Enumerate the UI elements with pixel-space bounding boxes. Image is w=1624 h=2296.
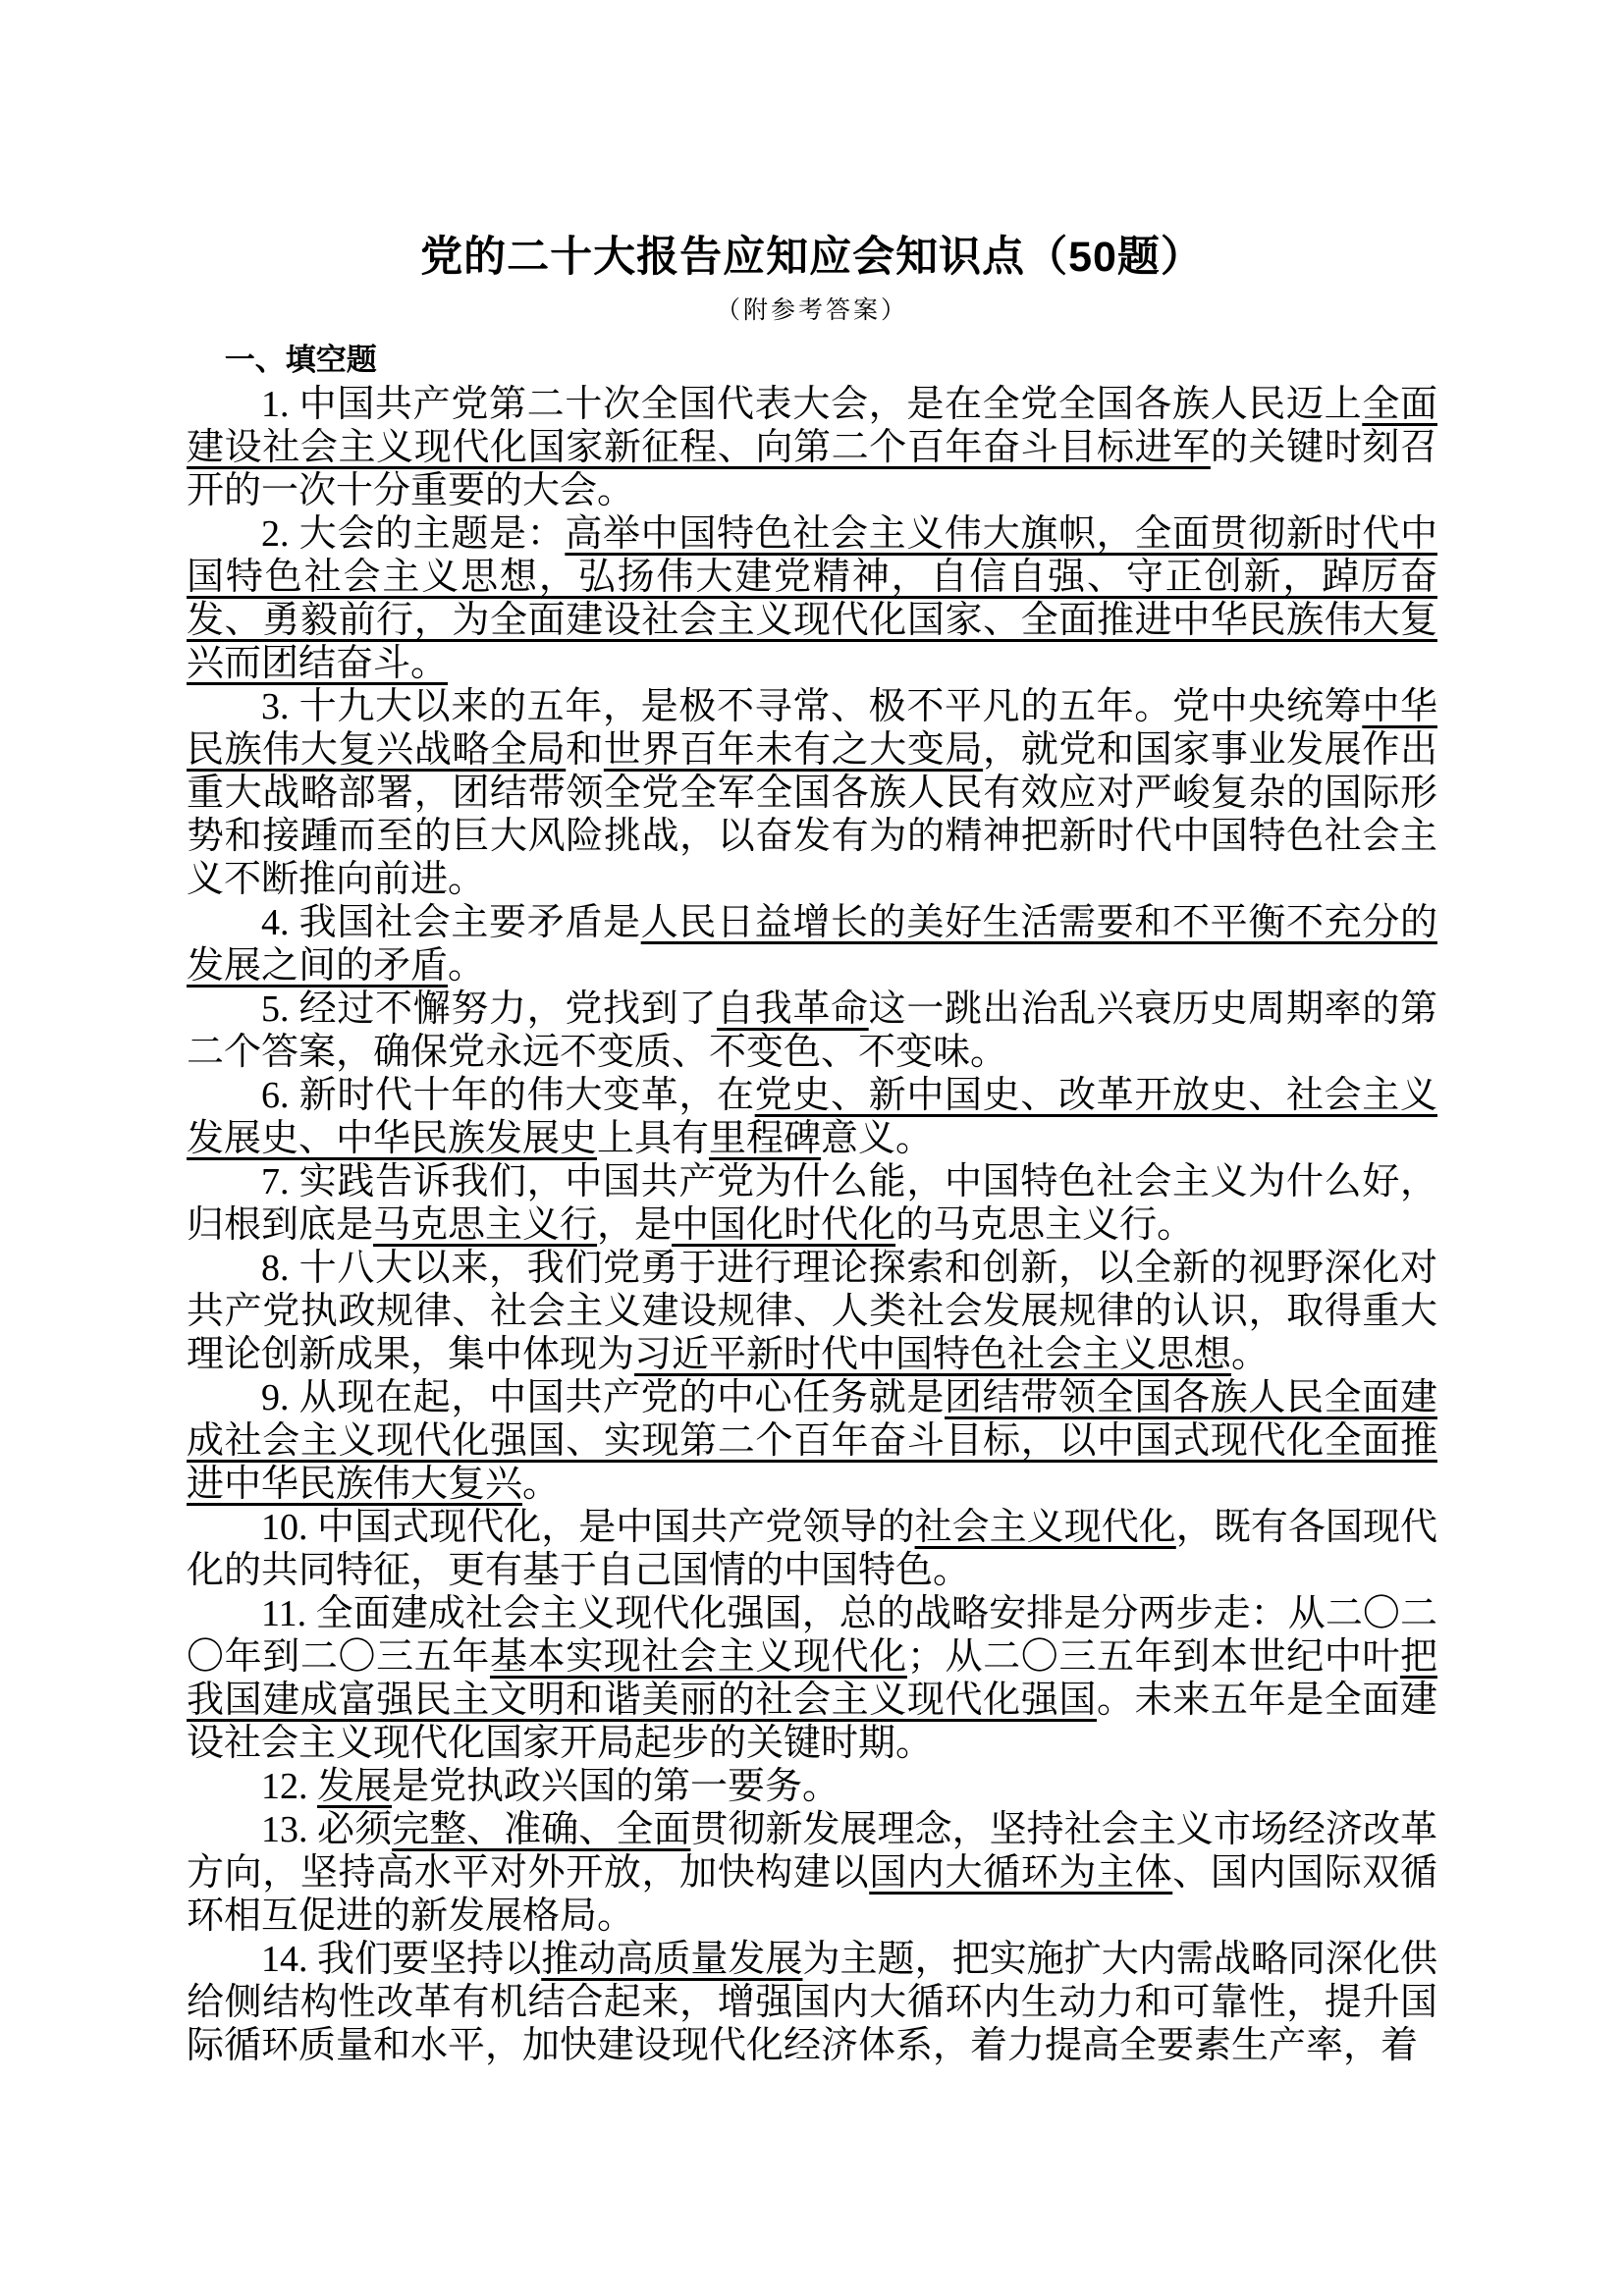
answer-blank-text: 世界百年未有之大变局 bbox=[604, 729, 983, 771]
question-item-10: 10. 中国式现代化，是中国共产党领导的社会主义现代化，既有各国现代化的共同特征… bbox=[187, 1506, 1437, 1592]
answer-blank-text: 推动高质量发展 bbox=[541, 1939, 802, 1980]
question-item-3: 3. 十九大以来的五年，是极不寻常、极不平凡的五年。党中央统筹中华民族伟大复兴战… bbox=[187, 685, 1437, 901]
answer-blank-text: 中国化时代化 bbox=[672, 1204, 895, 1246]
document-title: 党的二十大报告应知应会知识点（50题） bbox=[187, 232, 1437, 283]
question-text: 12. bbox=[261, 1766, 317, 1807]
question-item-13: 13. 必须完整、准确、全面贯彻新发展理念，坚持社会主义市场经济改革方向，坚持高… bbox=[187, 1808, 1437, 1938]
question-list: 1. 中国共产党第二十次全国代表大会，是在全党全国各族人民迈上全面建设社会主义现… bbox=[187, 383, 1437, 2067]
question-item-12: 12. 发展是党执政兴国的第一要务。 bbox=[187, 1765, 1437, 1808]
question-text: 2. 大会的主题是： bbox=[261, 513, 565, 555]
question-item-14: 14. 我们要坚持以推动高质量发展为主题，把实施扩大内需战略同深化供给侧结构性改… bbox=[187, 1938, 1437, 2067]
answer-blank-text: 基本实现社会主义现代化 bbox=[490, 1636, 907, 1678]
question-item-2: 2. 大会的主题是：高举中国特色社会主义伟大旗帜，全面贯彻新时代中国特色社会主义… bbox=[187, 512, 1437, 685]
question-item-9: 9. 从现在起，中国共产党的中心任务就是团结带领全国各族人民全面建成社会主义现代… bbox=[187, 1376, 1437, 1506]
question-text: 是党执政兴国的第一要务。 bbox=[392, 1766, 839, 1807]
question-item-8: 8. 十八大以来，我们党勇于进行理论探索和创新，以全新的视野深化对共产党执政规律… bbox=[187, 1247, 1437, 1376]
question-text: 。 bbox=[448, 945, 485, 987]
answer-blank-text: 国内大循环为主体 bbox=[869, 1852, 1172, 1894]
question-text: 10. 中国式现代化，是中国共产党领导的 bbox=[261, 1507, 915, 1548]
question-text: 的马克思主义行。 bbox=[895, 1204, 1194, 1246]
section-heading-fill-in-blanks: 一、填空题 bbox=[187, 340, 1437, 381]
question-text: 13. 必须 bbox=[261, 1809, 392, 1850]
question-text: 4. 我国社会主要矛盾是 bbox=[261, 902, 641, 943]
answer-blank-text: 习近平新时代中国特色社会主义思想 bbox=[634, 1334, 1231, 1375]
question-text: ，是 bbox=[597, 1204, 672, 1246]
question-item-6: 6. 新时代十年的伟大变革，在党史、新中国史、改革开放史、社会主义发展史、中华民… bbox=[187, 1074, 1437, 1160]
question-item-1: 1. 中国共产党第二十次全国代表大会，是在全党全国各族人民迈上全面建设社会主义现… bbox=[187, 383, 1437, 512]
question-text: 和 bbox=[566, 729, 604, 771]
question-item-11: 11. 全面建成社会主义现代化强国，总的战略安排是分两步走：从二〇二〇年到二〇三… bbox=[187, 1592, 1437, 1765]
question-text: 3. 十九大以来的五年，是极不寻常、极不平凡的五年。党中央统筹 bbox=[261, 686, 1362, 727]
question-text: 。 bbox=[522, 1464, 560, 1505]
answer-blank-text: 社会主义现代化 bbox=[915, 1507, 1176, 1548]
question-text: 意义。 bbox=[821, 1118, 933, 1159]
answer-blank-text: 发展 bbox=[317, 1766, 392, 1807]
question-text: 。 bbox=[1231, 1334, 1269, 1375]
question-text: 6. 新时代十年的伟大变革，在 bbox=[261, 1075, 755, 1116]
document-page: 党的二十大报告应知应会知识点（50题） （附参考答案） 一、填空题 1. 中国共… bbox=[0, 0, 1624, 2296]
question-item-7: 7. 实践告诉我们，中国共产党为什么能，中国特色社会主义为什么好，归根到底是马克… bbox=[187, 1160, 1437, 1247]
question-text: 9. 从现在起，中国共产党的中心任务就是 bbox=[261, 1377, 945, 1418]
question-item-4: 4. 我国社会主要矛盾是人民日益增长的美好生活需要和不平衡不充分的发展之间的矛盾… bbox=[187, 901, 1437, 988]
question-text: ；从二〇三五年到本世纪中叶 bbox=[907, 1636, 1400, 1678]
answer-blank-text: 里程碑 bbox=[709, 1118, 821, 1159]
answer-blank-text: 完整、准确、全面 bbox=[392, 1809, 690, 1850]
question-text: 上具有 bbox=[597, 1118, 709, 1159]
answer-blank-text: 马克思主义行 bbox=[373, 1204, 597, 1246]
question-text: 14. 我们要坚持以 bbox=[261, 1939, 541, 1980]
answer-blank-text: 自我革命 bbox=[717, 988, 869, 1030]
question-item-5: 5. 经过不懈努力，党找到了自我革命这一跳出治乱兴衰历史周期率的第二个答案，确保… bbox=[187, 988, 1437, 1074]
document-subtitle: （附参考答案） bbox=[187, 294, 1437, 328]
question-text: 5. 经过不懈努力，党找到了 bbox=[261, 988, 717, 1030]
question-text: 1. 中国共产党第二十次全国代表大会，是在全党全国各族人民迈上 bbox=[261, 384, 1362, 425]
